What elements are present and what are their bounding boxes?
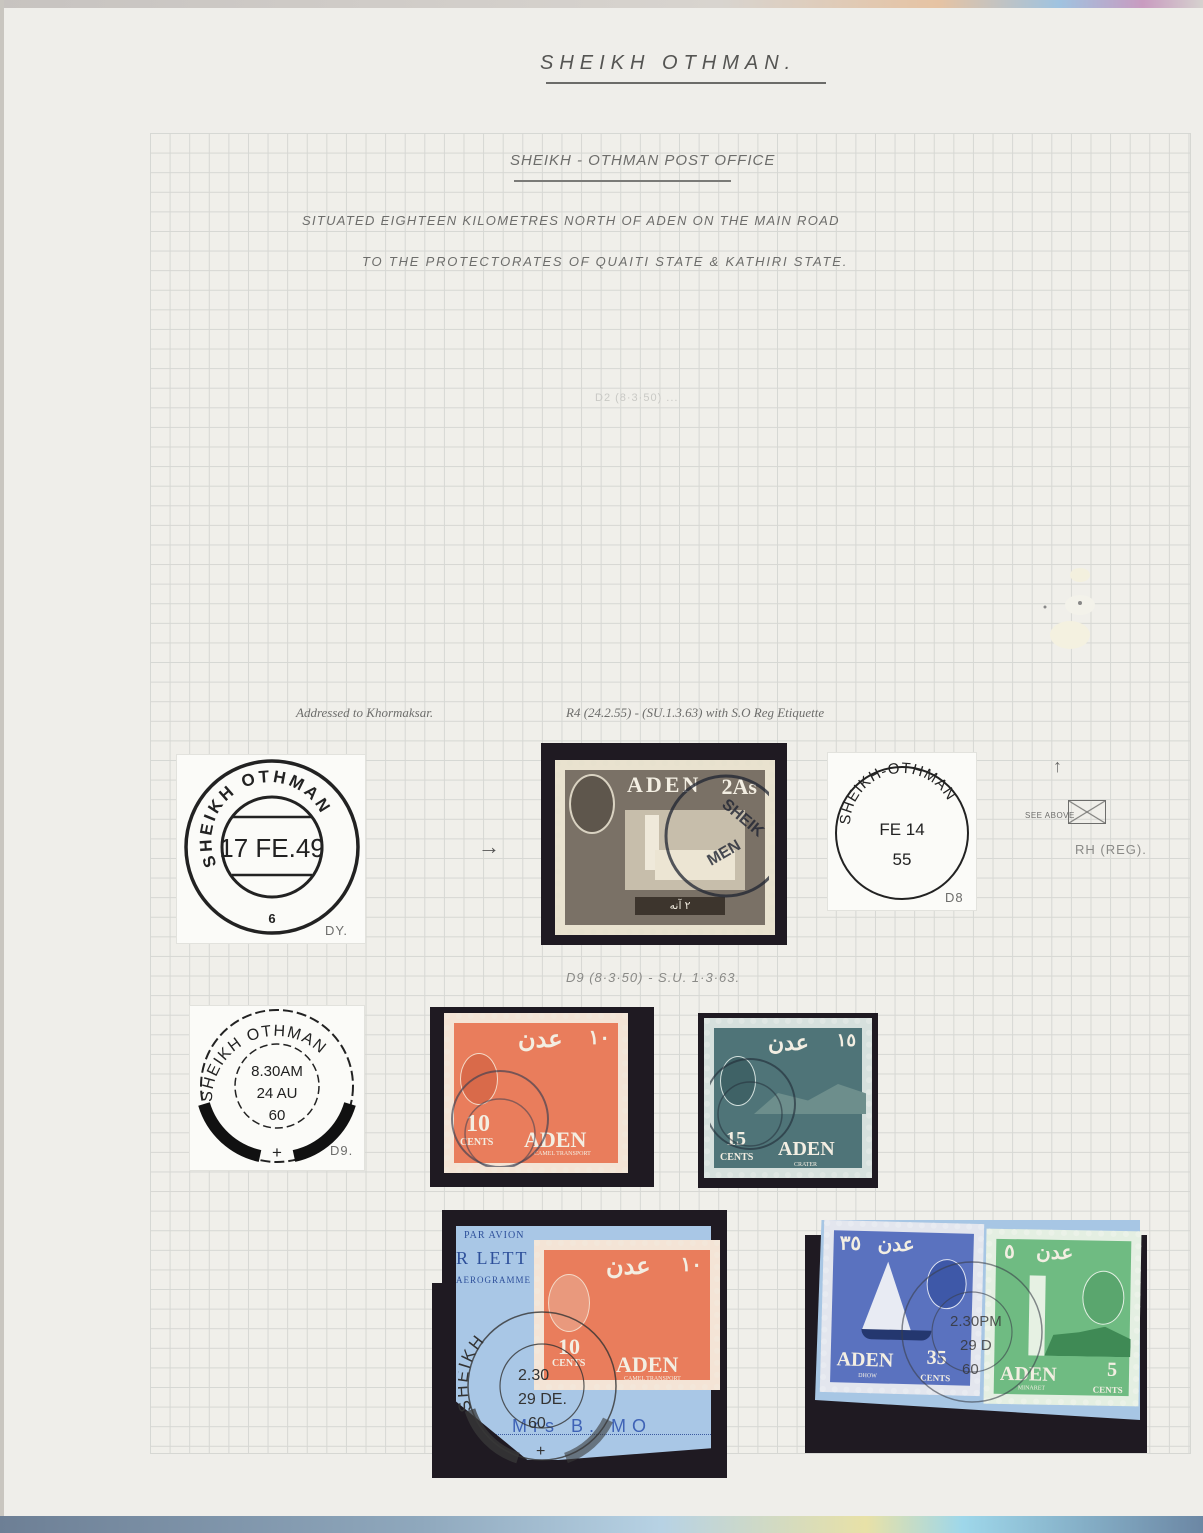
page-title: SHEIKH OTHMAN.: [540, 52, 796, 75]
stamp-15c-design: CRATER: [794, 1162, 817, 1168]
stamp-5c-arabic-value: ٥: [1004, 1239, 1015, 1264]
postmark-card-dy: SHEIKH OTHMAN 17 FE.49 6: [177, 755, 365, 943]
note-d9-usage: D9 (8·3·50) - S.U. 1·3·63.: [566, 970, 740, 985]
title-underline: [546, 82, 826, 84]
aerogramme-air-letter: R LETT: [456, 1248, 529, 1269]
fortress-hill-icon: [1044, 1326, 1131, 1357]
postmark-dy-date: 17 FE.49: [219, 833, 325, 863]
queen-portrait-icon: [1082, 1270, 1125, 1325]
stamp-aero-arabic-name: عدن: [606, 1252, 651, 1281]
stamp-aero-design: CAMEL TRANSPORT: [624, 1376, 681, 1382]
postmark-d9-cross: +: [272, 1143, 282, 1162]
stamp-10c-camel: عدن ١٠ 10 CENTS ADEN CAMEL TRANSPORT: [444, 1013, 628, 1173]
stamp-aero-arabic-value: ١٠: [681, 1252, 702, 1277]
stamp-5c-minaret: ٥ عدن ADEN 5 CENTS MINARET: [983, 1229, 1141, 1407]
postmark-d9-label: D9.: [330, 1143, 353, 1158]
aerogramme-label: AEROGRAMME: [456, 1275, 531, 1285]
postmark-d8-year: 55: [893, 850, 912, 869]
protector-sheen-top: [0, 0, 1203, 8]
postmark-d8-label: D8: [945, 890, 964, 905]
faint-erased-note: D2 (8·3·50) ...: [595, 392, 678, 404]
postmark-d9-time: 8.30AM: [251, 1063, 303, 1080]
stamp-10c-country: ADEN: [524, 1127, 586, 1153]
stamp-35c-design: DHOW: [858, 1373, 877, 1379]
postmark-dy-drawing: SHEIKH OTHMAN 17 FE.49 6: [177, 755, 365, 943]
postmark-d9-year: 60: [269, 1107, 286, 1124]
note-rh-reg: RH (REG).: [1075, 842, 1147, 857]
postmark-card-d8: SHEIKH-OTHMAN FE 14 55: [828, 753, 976, 910]
stamp-15c-arabic-value: ١٥: [837, 1030, 856, 1051]
aerogramme-par-avion: PAR AVION: [464, 1230, 524, 1241]
queen-portrait-icon: [548, 1274, 590, 1332]
stamp-5c-design: MINARET: [1018, 1385, 1045, 1391]
page-edge: [0, 0, 4, 1533]
minaret-tower-icon: [1028, 1275, 1045, 1355]
stamp-10c-unit: CENTS: [460, 1137, 493, 1148]
dhow-hull-icon: [861, 1329, 931, 1341]
arrow-up-icon: ↑: [1053, 756, 1062, 777]
stamp-5c-country: ADEN: [1000, 1363, 1057, 1387]
stamp-10c-arabic-name: عدن: [518, 1025, 563, 1054]
mosque-vignette: [625, 810, 745, 890]
stamp-kgvi-country: ADEN: [627, 772, 701, 798]
description-line-2: TO THE PROTECTORATES OF QUAITI STATE & K…: [362, 254, 848, 269]
stamp-35c-arabic-value: ٣٥: [839, 1230, 861, 1256]
stamp-kgvi-arabic-value: ٢ آنه: [635, 897, 725, 915]
stamp-5c-unit: CENTS: [1093, 1385, 1123, 1396]
stamp-15c-crater: عدن ١٥ 15 CENTS ADEN CRATER: [704, 1018, 872, 1178]
dhow-sail-icon: [861, 1261, 913, 1332]
stamp-10c-arabic-value: ١٠: [589, 1025, 610, 1050]
stamp-5c-arabic-name: عدن: [1036, 1240, 1074, 1266]
note-r4-usage: R4 (24.2.55) - (SU.1.3.63) with S.O Reg …: [566, 705, 824, 721]
stamp-35c-unit: CENTS: [920, 1373, 950, 1384]
postmark-dy-code: 6: [268, 911, 275, 926]
postmark-dy-label: DY.: [325, 923, 348, 938]
monarch-portrait-icon: [720, 1056, 756, 1106]
king-portrait-icon: [569, 774, 615, 834]
subtitle-underline: [514, 180, 731, 182]
page-subtitle: SHEIKH - OTHMAN POST OFFICE: [510, 152, 775, 169]
stamp-35c-value: 35: [926, 1347, 947, 1371]
postmark-d8-ring-text: SHEIKH-OTHMAN: [837, 760, 960, 826]
stamp-35c-country: ADEN: [836, 1348, 893, 1372]
stamp-15c-country: ADEN: [778, 1138, 835, 1161]
stamp-kgvi-2as: ADEN 2As ٢ آنه SHEIK MEN: [555, 760, 775, 935]
stamp-15c-value: 15: [726, 1128, 746, 1151]
stamp-10c-design: CAMEL TRANSPORT: [534, 1151, 591, 1157]
stamp-aero-unit: CENTS: [552, 1358, 585, 1369]
postmark-d8-drawing: SHEIKH-OTHMAN FE 14 55: [828, 753, 976, 910]
stamp-10c-value: 10: [466, 1111, 490, 1138]
postmark-d9-date: 24 AU: [257, 1085, 298, 1102]
protector-sheen-bottom: [0, 1516, 1203, 1533]
stamp-15c-unit: CENTS: [720, 1152, 753, 1163]
stamp-aero-country: ADEN: [616, 1352, 678, 1378]
description-line-1: SITUATED EIGHTEEN KILOMETRES NORTH OF AD…: [302, 213, 840, 228]
monarch-portrait-icon: [460, 1053, 498, 1105]
arrow-right-icon: →: [478, 834, 500, 860]
queen-portrait-icon: [926, 1259, 967, 1310]
stamp-35c-dhow: ٣٥ عدن ADEN 35 CENTS DHOW: [820, 1220, 984, 1396]
stamp-10c-camel-aerogramme: عدن ١٠ 10 CENTS ADEN CAMEL TRANSPORT: [534, 1240, 720, 1390]
stamp-kgvi-value: 2As: [722, 774, 757, 800]
stamp-aero-value: 10: [558, 1334, 580, 1360]
registered-envelope-icon: [1068, 800, 1106, 824]
album-page: SHEIKH OTHMAN. SHEIKH - OTHMAN POST OFFI…: [0, 0, 1203, 1533]
stamp-35c-arabic-name: عدن: [877, 1231, 915, 1257]
crater-mountains: [754, 1084, 872, 1114]
note-addressed: Addressed to Khormaksar.: [296, 705, 433, 721]
stamp-5c-value: 5: [1107, 1359, 1117, 1382]
postmark-d8-date: FE 14: [879, 820, 924, 839]
svg-text:SHEIKH-OTHMAN: SHEIKH-OTHMAN: [837, 760, 960, 826]
stamp-15c-arabic-name: عدن: [768, 1030, 809, 1056]
